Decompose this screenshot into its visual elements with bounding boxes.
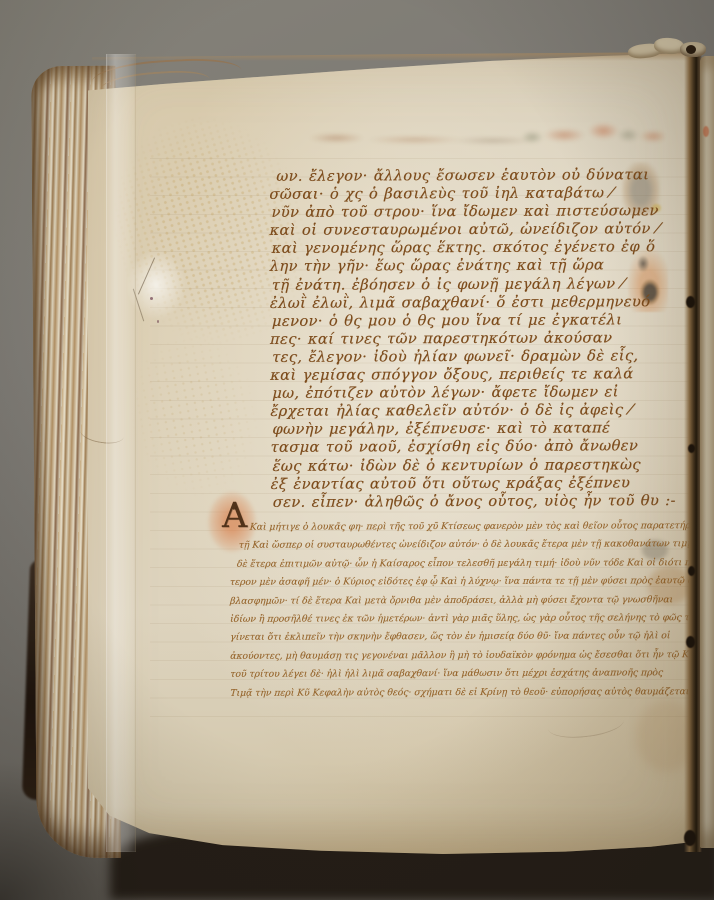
gospel-text-line: ων. ἔλεγον· ἄλλους ἔσωσεν ἑαυτὸν οὐ δύνα… xyxy=(276,166,652,186)
sewing-knot xyxy=(688,566,695,576)
gospel-text-line: σεν. εἶπεν· ἀληθῶς ὁ ἄνος οὗτος, υἱὸς ἦν… xyxy=(272,492,653,512)
facing-page-edge xyxy=(700,56,714,848)
commentary-text-line: τοῦ τρίτου λέγει δὲ· ἠλὶ ἠλὶ λιμᾶ σαβαχθ… xyxy=(230,664,661,684)
gospel-text-block: ων. ἔλεγον· ἄλλους ἔσωσεν ἑαυτὸν οὐ δύνα… xyxy=(269,166,652,511)
gospel-text-line: σῶσαι· ὁ χς ὁ βασιλεὺς τοῦ ἰηλ καταβάτω … xyxy=(269,184,652,204)
gospel-text-line: φωνὴν μεγάλην, ἐξέπνευσε· καὶ τὸ καταπέ xyxy=(272,419,653,439)
commentary-text-block: Καὶ μήτιγε ὁ λουκᾶς φη· περὶ τῆς τοῦ χῦ … xyxy=(230,517,661,702)
sewing-knot xyxy=(686,296,695,308)
conservation-tape-strip xyxy=(106,54,136,852)
manuscript-photo-scene: ων. ἔλεγον· ἄλλους ἔσωσεν ἑαυτὸν οὐ δύνα… xyxy=(0,0,714,900)
commentary-text-line: ἰδίων ἢ προσῆλθέ τινες ἐκ τῶν ἡμετέρων· … xyxy=(229,609,660,629)
gospel-text-line: ἔρχεται ἠλίας καθελεῖν αὐτόν· ὁ δὲ ἰς ἀφ… xyxy=(270,401,653,421)
sewing-knot xyxy=(686,636,695,648)
commentary-text-line: γίνεται ὅτι ἐκλιπεῖν τὴν σκηνὴν ἔφθασεν,… xyxy=(229,628,660,648)
ghost-text-offset-stain xyxy=(308,112,664,154)
red-pigment-mark xyxy=(703,126,709,137)
frayed-headband xyxy=(628,36,706,62)
gospel-text-line: τῇ ἐνάτη. ἐβόησεν ὁ ἰς φωνῇ μεγάλη λέγων… xyxy=(271,275,652,295)
gospel-text-line: νῦν ἀπὸ τοῦ στρου· ἵνα ἴδωμεν καὶ πιστεύ… xyxy=(271,202,652,222)
gospel-text-line: καὶ γεμίσας σπόγγον ὄξους, περιθείς τε κ… xyxy=(270,365,653,385)
commentary-text-line: δὲ ἕτερα ἐπιτιμῶν αὐτῷ· ὧν ἡ Καίσαρος εἶ… xyxy=(236,554,660,574)
gospel-text-line: πες· καί τινες τῶν παρεστηκότων ἀκούσαν xyxy=(270,329,653,349)
commentary-text-line: τῇ Καὶ ὥσπερ οἱ συσταυρωθέντες ὠνείδιζον… xyxy=(238,536,660,556)
gospel-text-line: τασμα τοῦ ναοῦ, ἐσχίσθη εἰς δύο· ἀπὸ ἄνω… xyxy=(270,438,653,458)
commentary-text-line: βλασφημῶν· τί δὲ ἕτερα Καὶ μετὰ ὄρνιθα μ… xyxy=(229,591,660,611)
gospel-text-line: μω, ἐπότιζεν αὐτὸν λέγων· ἄφετε ἴδωμεν ε… xyxy=(272,383,653,403)
ink-speck xyxy=(150,297,153,300)
sewing-knot xyxy=(688,444,695,453)
ink-speck xyxy=(157,320,159,323)
gospel-text-line: καὶ οἱ συνεσταυρωμένοι αὐτῶ, ὠνείδιζον α… xyxy=(269,220,652,240)
headband-hole xyxy=(686,45,696,54)
sewing-knot xyxy=(684,830,696,846)
gospel-text-line: ἕως κάτω· ἰδὼν δὲ ὁ κεντυρίων ὁ παρεστηκ… xyxy=(272,456,653,476)
page-top-edge xyxy=(92,52,700,61)
gospel-text-line: μενον· ὁ θς μου ὁ θς μου ἵνα τί με ἐγκατ… xyxy=(272,311,653,331)
gospel-text-line: ἐξ ἐναντίας αὐτοῦ ὅτι οὕτως κράξας ἐξέπν… xyxy=(270,474,653,494)
gospel-text-line: λην τὴν γῆν· ἕως ὥρας ἐνάτης καὶ τῇ ὥρα xyxy=(269,257,652,277)
commentary-text-line: ἀκούοντες, μὴ θαυμάσῃ τις γεγονέναι μᾶλλ… xyxy=(230,646,661,666)
gospel-text-line: καὶ γενομένης ὥρας ἕκτης. σκότος ἐγένετο… xyxy=(271,239,652,259)
commentary-text-line: τερον μὲν ἀσαφῆ μέν· ὁ Κύριος εἰδότες ἐφ… xyxy=(229,572,660,592)
gospel-text-line: τες, ἔλεγον· ἰδοὺ ἠλίαν φωνεῖ· δραμὼν δὲ… xyxy=(272,347,653,367)
gospel-text-line: ἐλωῒ ἐλωῒ, λιμᾶ σαβαχθανί· ὅ ἐστι μεθερμ… xyxy=(270,293,653,313)
commentary-text-line: Τιμᾷ τὴν περὶ Κῦ Κεφαλὴν αὐτὸς θεός· σχή… xyxy=(230,683,661,703)
commentary-text-line: Καὶ μήτιγε ὁ λουκᾶς φη· περὶ τῆς τοῦ χῦ … xyxy=(249,517,660,537)
